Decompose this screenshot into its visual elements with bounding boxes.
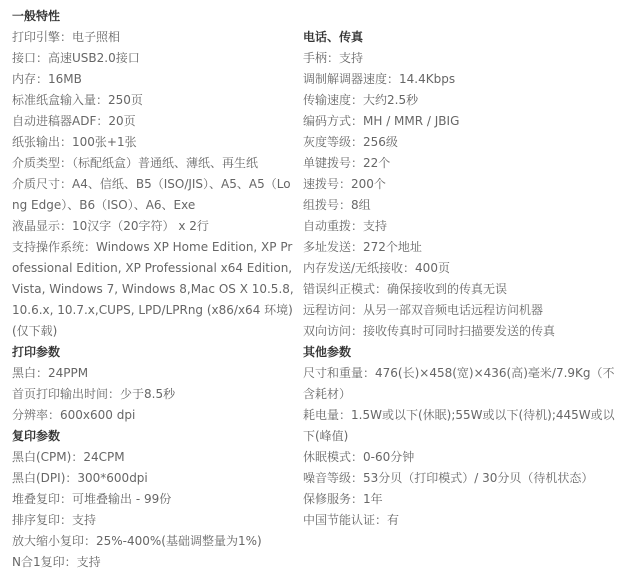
- spec-line: 双向访问：接收传真时可同时扫描要发送的传真: [303, 321, 623, 342]
- spec-line: 尺寸和重量：476(长)×458(宽)×436(高)毫米/7.9Kg（不含耗材）: [303, 363, 623, 405]
- spec-line: 传输速度：大约2.5秒: [303, 90, 623, 111]
- spec-line: 自动重拨：支持: [303, 216, 623, 237]
- section-heading-copy: 复印参数: [12, 426, 297, 447]
- spec-line: 堆叠复印：可堆叠输出 - 99份: [12, 489, 297, 510]
- spec-line: 黑白：24PPM: [12, 363, 297, 384]
- spec-line: 首页打印输出时间：少于8.5秒: [12, 384, 297, 405]
- spec-line: 内存：16MB: [12, 69, 297, 90]
- spec-line: 纸张输出：100张+1张: [12, 132, 297, 153]
- spec-line: 内存发送/无纸接收：400页: [303, 258, 623, 279]
- spec-line: 黑白(CPM)：24CPM: [12, 447, 297, 468]
- spec-line: 耗电量：1.5W或以下(休眠);55W或以下(待机);445W或以下(峰值): [303, 405, 623, 447]
- right-column: 电话、传真 手柄：支持 调制解调器速度：14.4Kbps 传输速度：大约2.5秒…: [303, 6, 623, 531]
- section-heading-general: 一般特性: [12, 6, 297, 27]
- spec-line: 组拨号：8组: [303, 195, 623, 216]
- spec-line: 多址发送：272个地址: [303, 237, 623, 258]
- spec-line: 调制解调器速度：14.4Kbps: [303, 69, 623, 90]
- spec-line: 中国节能认证：有: [303, 510, 623, 531]
- spec-line: 打印引擎：电子照相: [12, 27, 297, 48]
- spec-line: 自动进稿器ADF：20页: [12, 111, 297, 132]
- spec-line: 分辨率：600x600 dpi: [12, 405, 297, 426]
- spec-line: 液晶显示：10汉字（20字符） x 2行: [12, 216, 297, 237]
- spec-line: 接口：高速USB2.0接口: [12, 48, 297, 69]
- spec-line: 噪音等级：53分贝（打印模式）/ 30分贝（待机状态）: [303, 468, 623, 489]
- left-column: 一般特性 打印引擎：电子照相 接口：高速USB2.0接口 内存：16MB 标准纸…: [12, 6, 297, 573]
- spec-line: 黑白(DPI)：300*600dpi: [12, 468, 297, 489]
- spec-line: N合1复印：支持: [12, 552, 297, 573]
- spec-line: 支持操作系统：Windows XP Home Edition, XP Profe…: [12, 237, 297, 342]
- spec-line: 单键拨号：22个: [303, 153, 623, 174]
- spec-line: 错误纠正模式：确保接收到的传真无误: [303, 279, 623, 300]
- spec-line: 保修服务：1年: [303, 489, 623, 510]
- spec-line: 排序复印：支持: [12, 510, 297, 531]
- spec-line: 手柄：支持: [303, 48, 623, 69]
- spacer: [303, 6, 623, 27]
- section-heading-fax: 电话、传真: [303, 27, 623, 48]
- spec-line: 灰度等级：256级: [303, 132, 623, 153]
- spec-line: 介质类型：（标配纸盒）普通纸、薄纸、再生纸: [12, 153, 297, 174]
- spec-line: 编码方式：MH / MMR / JBIG: [303, 111, 623, 132]
- section-heading-other: 其他参数: [303, 342, 623, 363]
- spec-line: 标准纸盒输入量：250页: [12, 90, 297, 111]
- section-heading-print: 打印参数: [12, 342, 297, 363]
- spec-line: 速拨号：200个: [303, 174, 623, 195]
- spec-line: 放大缩小复印：25%-400%(基础调整量为1%): [12, 531, 297, 552]
- spec-line: 休眠模式：0-60分钟: [303, 447, 623, 468]
- spec-line: 远程访问：从另一部双音频电话远程访问机器: [303, 300, 623, 321]
- spec-line: 介质尺寸：A4、信纸、B5（ISO/JIS）、A5、A5（Long Edge）、…: [12, 174, 297, 216]
